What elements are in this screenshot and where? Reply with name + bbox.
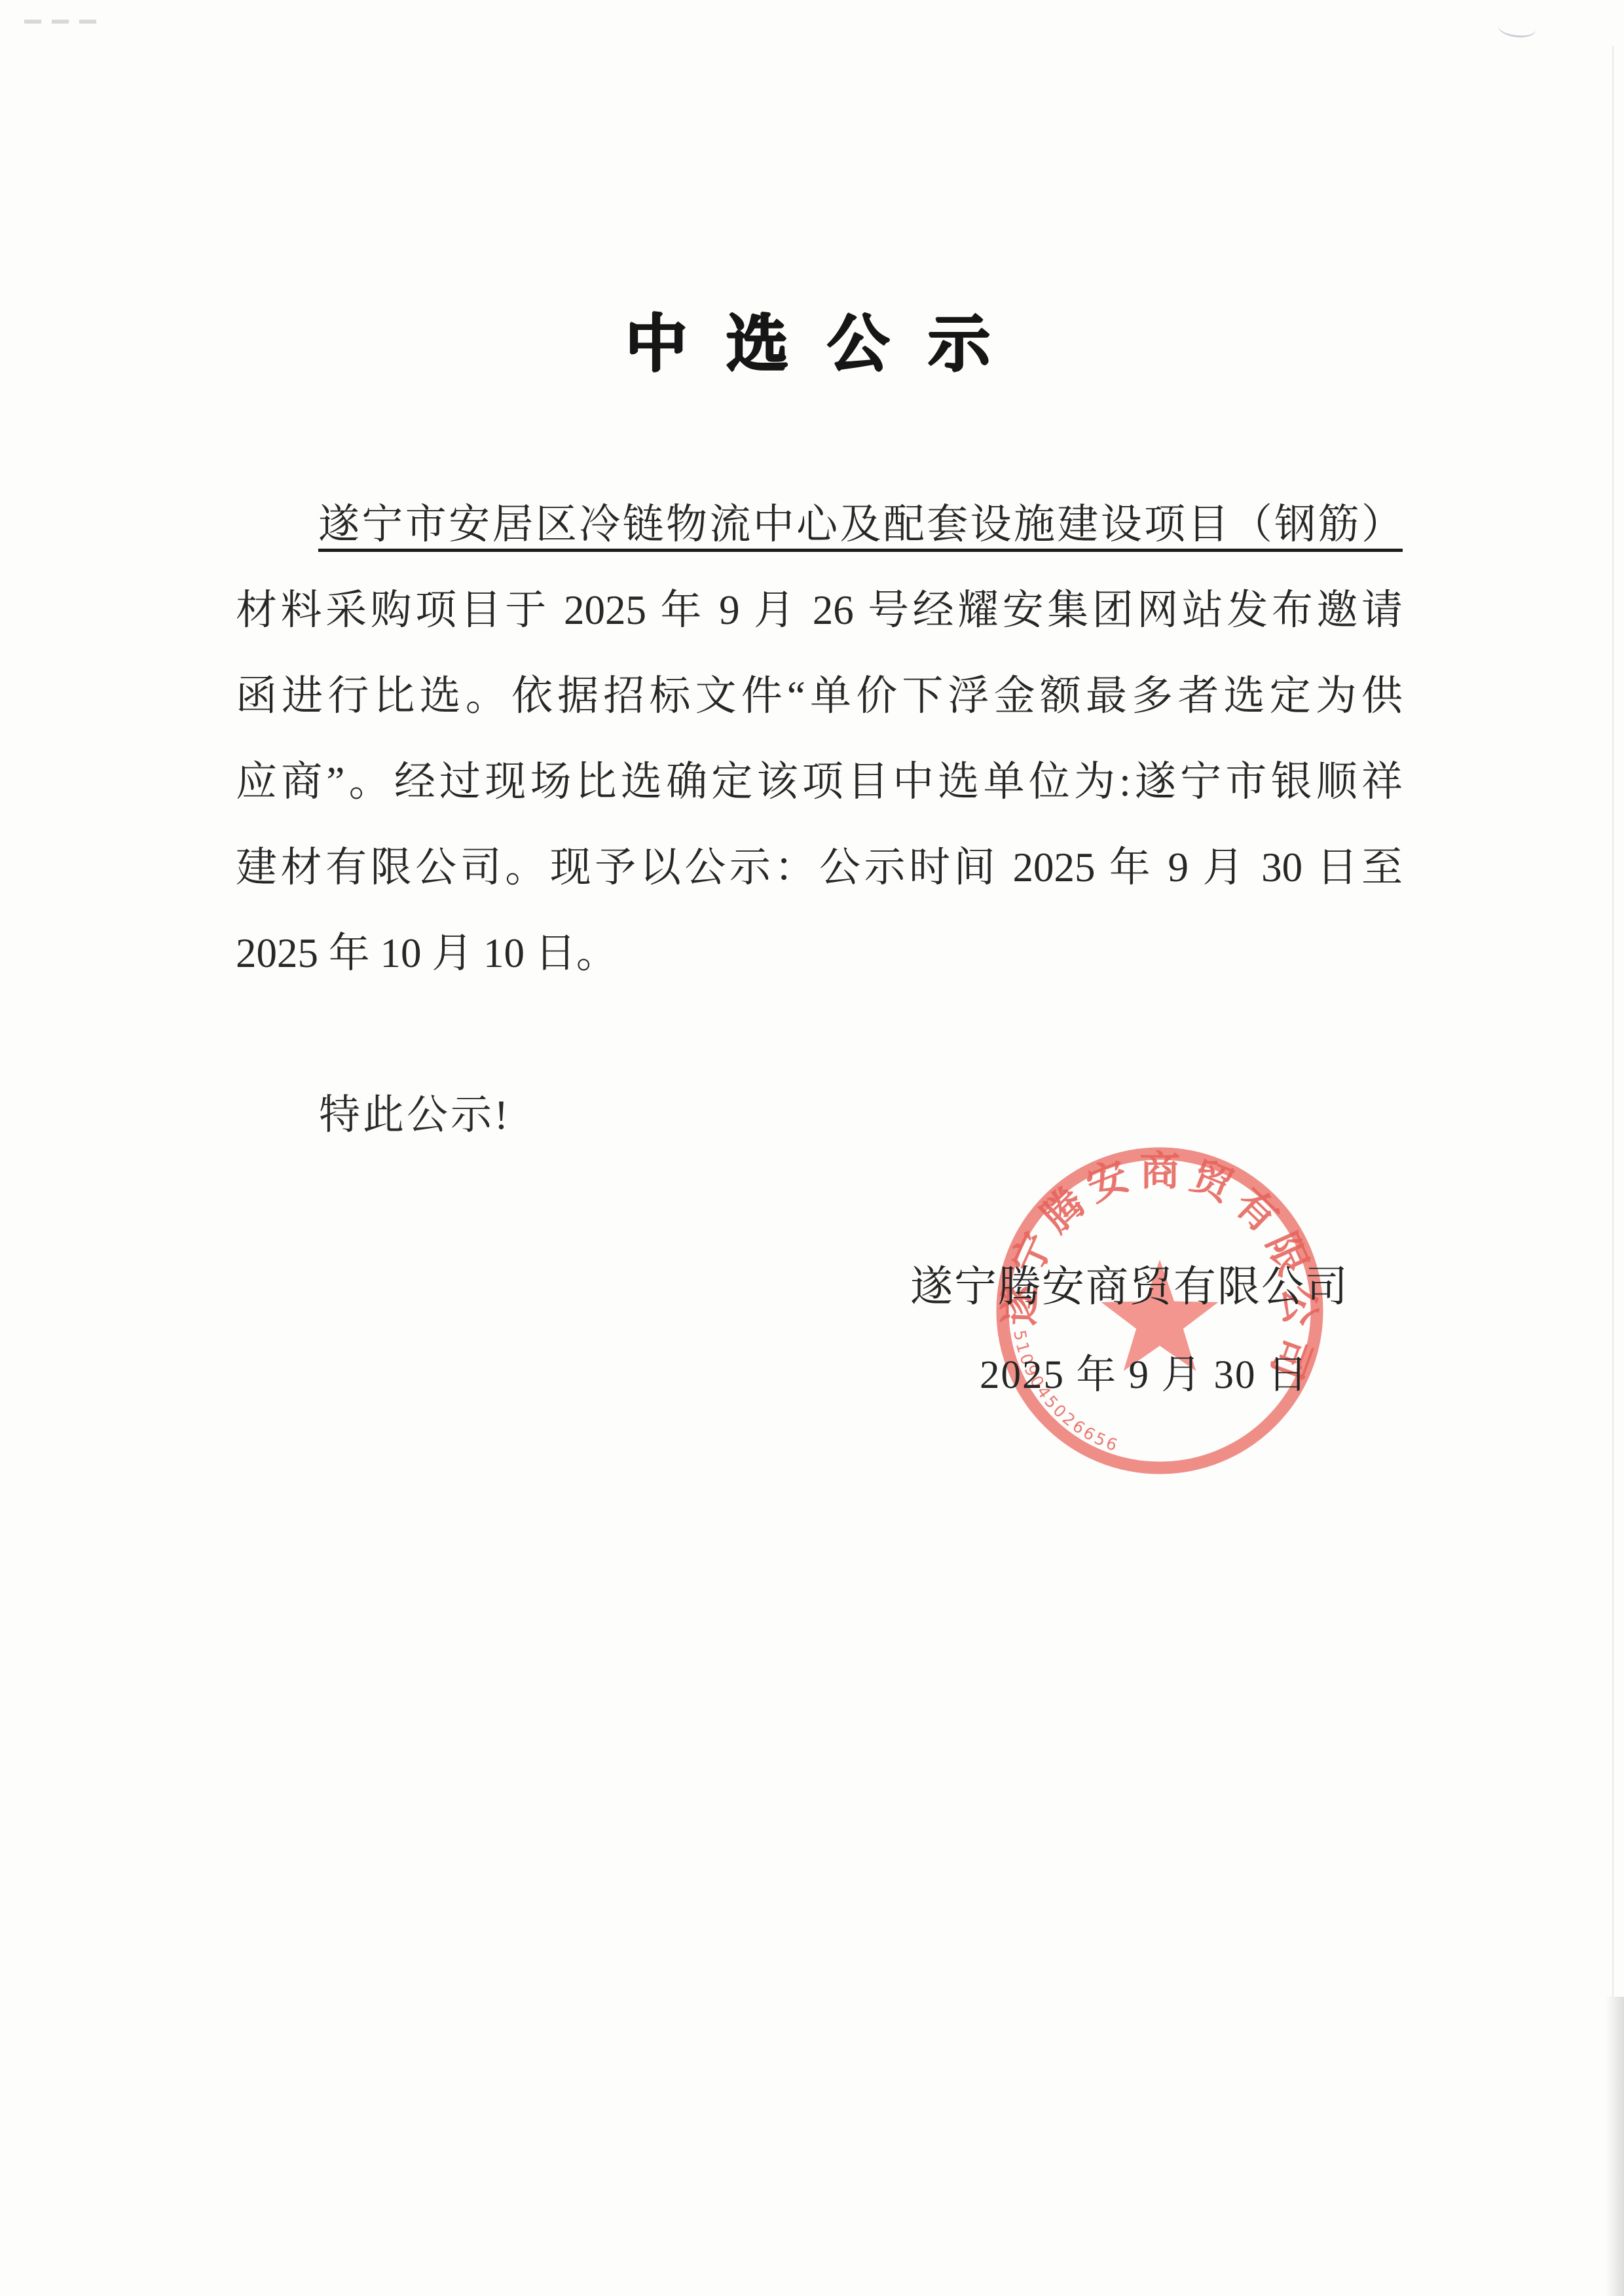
scan-artifact-bottom-right — [1606, 1997, 1624, 2296]
company-seal-stamp: 遂宁腾安商贸有限公司 5109045026656 — [963, 1114, 1356, 1507]
signature-date: 2025 年 9 月 30 日 — [980, 1355, 1309, 1395]
body-line-6: 2025 年 10 月 10 日。 — [236, 911, 1403, 996]
body-line-1-underlined: 遂宁市安居区冷链物流中心及配套设施建设项目（钢筋） — [236, 482, 1403, 568]
closing-statement: 特此公示! — [319, 1095, 511, 1136]
scan-artifact-top-right — [1498, 16, 1538, 39]
body-line-5: 建材有限公司。现予以公示：公示时间 2025 年 9 月 30 日至 — [236, 825, 1403, 911]
announcement-document: 中 选 公 示 遂宁市安居区冷链物流中心及配套设施建设项目（钢筋） 材料采购项目… — [0, 0, 1624, 2296]
body-line-3: 函进行比选。依据招标文件“单价下浮金额最多者选定为供 — [236, 653, 1403, 739]
signature-company-name: 遂宁腾安商贸有限公司 — [910, 1266, 1349, 1309]
body-line-2: 材料采购项目于 2025 年 9 月 26 号经耀安集团网站发布邀请 — [236, 568, 1403, 653]
body-line-4: 应商”。经过现场比选确定该项目中选单位为:遂宁市银顺祥 — [236, 739, 1403, 825]
scan-artifact-top-left — [24, 20, 106, 24]
document-title: 中 选 公 示 — [0, 310, 1624, 379]
announcement-body: 遂宁市安居区冷链物流中心及配套设施建设项目（钢筋） 材料采购项目于 2025 年… — [236, 482, 1403, 996]
